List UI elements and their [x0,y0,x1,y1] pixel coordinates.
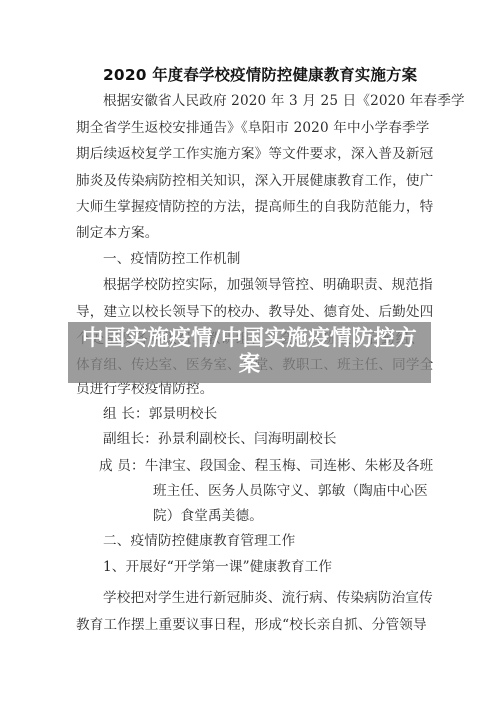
group-leader: 组 长：郭景明校长 [103,405,217,423]
section1-line-1: 根据学校防控实际，加强领导管控、明确职责、规范指 [103,276,433,294]
banner-title: 中国实施疫情/中国实施疫情防控方 案 [68,326,431,378]
section1-heading: 一、疫情防控工作机制 [103,250,240,268]
intro-line-1: 根据安徽省人民政府 2020 年 3 月 25 日《2020 年春季学 [103,92,465,110]
section2-line-1: 学校把对学生进行新冠肺炎、流行病、传染病防治宣传 [103,589,433,607]
document-title: 2020 年度春学校疫情防控健康教育实施方案 [103,65,417,85]
group-deputy: 副组长：孙景利副校长、闫海明副校长 [103,430,337,448]
section2-line-2: 教育工作摆上重要议事日程，形成“校长亲自抓、分管领导 [76,616,424,634]
document-page: 2020 年度春学校疫情防控健康教育实施方案 根据安徽省人民政府 2020 年 … [0,0,500,707]
group-members: 成 员：牛津宝、段国金、程玉梅、司连彬、朱彬及各班 [99,457,433,475]
intro-line-2: 期全省学生返校安排通告》《阜阳市 2020 年中小学春季学 [76,119,424,137]
banner-title-line-1: 中国实施疫情/中国实施疫情防控方 [68,326,431,352]
intro-line-4: 肺炎及传染病防控相关知识，深入开展健康教育工作，使广 [76,172,424,190]
group-members-cont-2: 院）食堂禹美德。 [153,507,263,525]
intro-line-3: 期后续返校复学工作实施方案》等文件要求，深入普及新冠 [76,145,424,163]
section1-line-2: 导，建立以校长领导下的校办、教导处、德育处、后勤处四 [76,303,424,321]
intro-line-6: 制定本方案。 [76,224,158,242]
title-overlay-banner: 中国实施疫情/中国实施疫情防控方 案 [68,322,431,383]
section2-heading: 二、疫情防控健康教育管理工作 [103,532,295,550]
intro-line-5: 大师生掌握疫情防控的方法，提高师生的自我防范能力，特 [76,198,424,216]
group-members-cont-1: 班主任、医务人员陈守义、郭敏（陶庙中心医 [153,482,428,500]
section2-subheading: 1、开展好“开学第一课”健康教育工作 [103,558,332,576]
banner-title-line-2: 案 [68,352,431,378]
